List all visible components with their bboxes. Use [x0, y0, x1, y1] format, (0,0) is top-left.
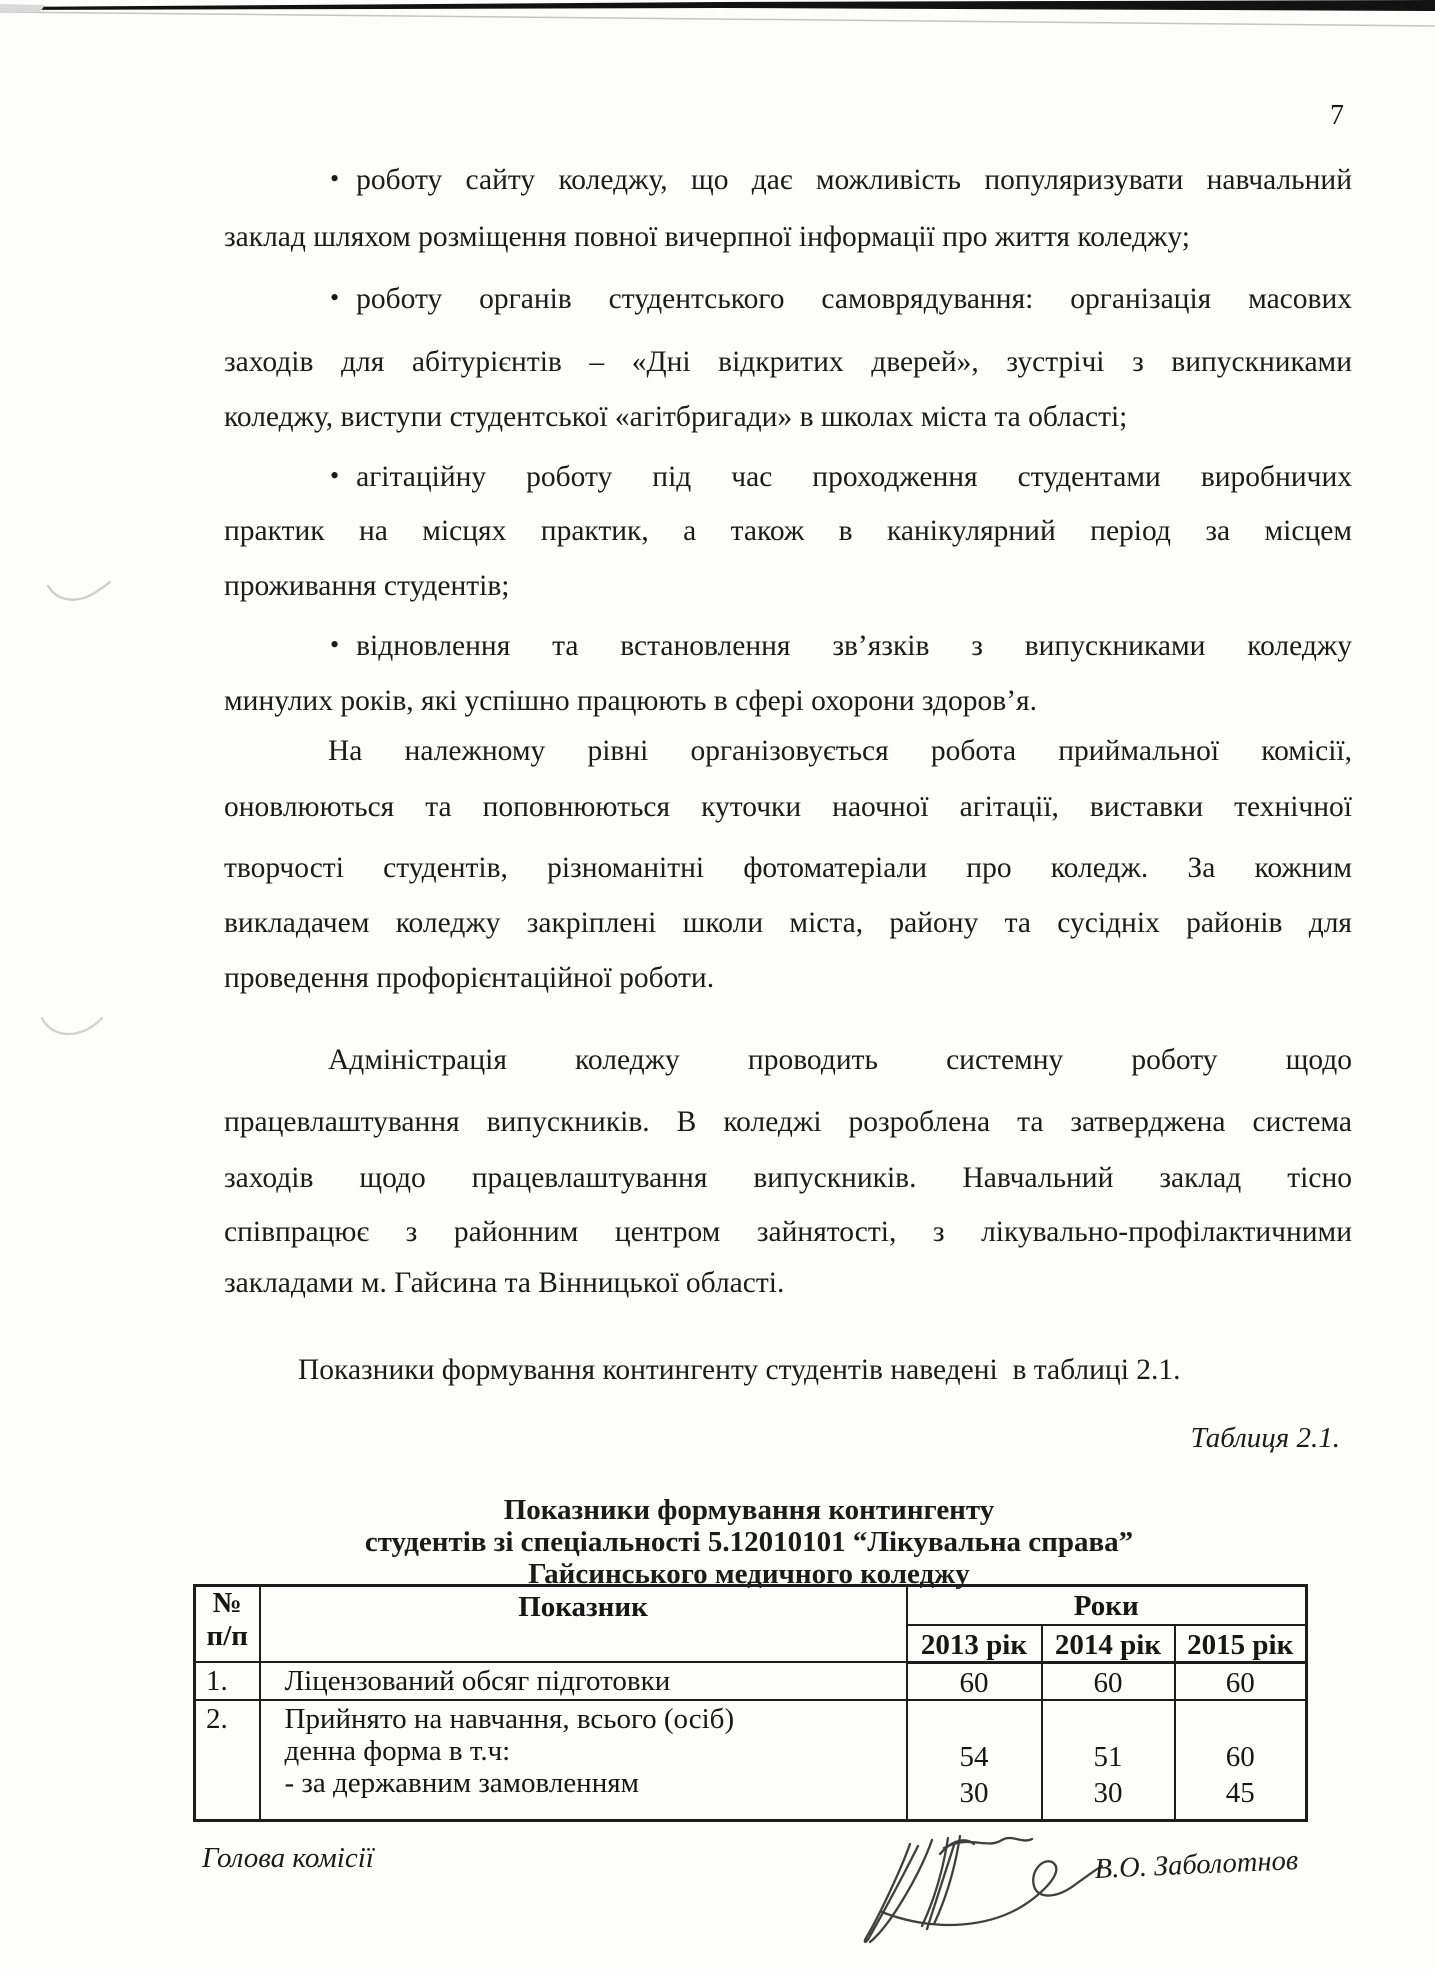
bullet-icon: •	[330, 280, 339, 316]
value-2015: 60 45	[1175, 1700, 1307, 1821]
table-row: 1. Ліцензований обсяг підготовки 60 60 6…	[195, 1662, 1307, 1700]
scan-edge-artifact	[0, 0, 1435, 40]
text-line: проведення профорієнтаційної роботи.	[224, 960, 1352, 996]
col-header-indicator: Показник	[260, 1586, 907, 1663]
text-line: Показники формування контингенту студент…	[224, 1352, 1352, 1388]
value-line: 60	[1176, 1739, 1306, 1775]
col-header-number-line2: п/п	[196, 1620, 259, 1653]
value-2014: 51 30	[1042, 1700, 1175, 1821]
text-line: роботу органів студентського самоврядува…	[356, 283, 1352, 315]
bullet-line: •роботу органів студентського самоврядув…	[224, 281, 1352, 318]
scanned-document-page: 7 •роботу сайту коледжу, що дає можливіс…	[0, 0, 1435, 1970]
text-line: оновлюються та поповнюються куточки наоч…	[224, 789, 1352, 825]
table-title: Показники формування контингенту	[193, 1494, 1305, 1526]
row-indicator: Прийнято на навчання, всього (осіб) денн…	[260, 1700, 907, 1821]
bullet-line: •відновлення та встановлення зв’язків з …	[224, 628, 1352, 665]
text-line: співпрацює з районним центром зайнятості…	[224, 1214, 1352, 1250]
indicators-table: № п/п Показник Роки 2013 рік 2014 рік 20…	[193, 1584, 1308, 1822]
row-number: 1.	[195, 1662, 260, 1700]
margin-smudge	[44, 572, 114, 612]
row-indicator: Ліцензований обсяг підготовки	[260, 1662, 907, 1700]
text-line: творчості студентів, різноманітні фотома…	[224, 850, 1352, 886]
text-line: агітаційну роботу під час проходження ст…	[356, 461, 1352, 493]
table-caption: Таблиця 2.1.	[224, 1422, 1340, 1455]
text-line: проживання студентів;	[224, 568, 1352, 604]
row-indicator-line: Прийнято на навчання, всього (осіб)	[285, 1703, 906, 1735]
signature-name: В.О. Заболотнов	[1094, 1845, 1299, 1886]
value-2013: 60	[907, 1662, 1042, 1700]
text-line: закладами м. Гайсина та Вінницької облас…	[224, 1265, 1352, 1301]
bullet-icon: •	[330, 458, 339, 494]
value-line: 30	[908, 1775, 1041, 1811]
row-number: 2.	[195, 1700, 260, 1821]
text-line: відновлення та встановлення зв’язків з в…	[356, 630, 1352, 662]
row-indicator-line: - за державним замовленням	[285, 1767, 906, 1799]
table-row: 2. Прийнято на навчання, всього (осіб) д…	[195, 1700, 1307, 1821]
signature-scribble	[852, 1832, 1122, 1947]
col-header-number: № п/п	[195, 1586, 260, 1663]
col-header-years-group: Роки	[907, 1586, 1307, 1625]
text-line: викладачем коледжу закріплені школи міст…	[224, 905, 1352, 941]
value-line: 51	[1043, 1739, 1174, 1775]
value-2014: 60	[1042, 1662, 1175, 1700]
text-line: заходів для абітурієнтів – «Дні відкрити…	[224, 344, 1352, 380]
text-line: Адміністрація коледжу проводить системну…	[224, 1042, 1352, 1078]
value-line: 54	[908, 1739, 1041, 1775]
text-line: практик на місцях практик, а також в кан…	[224, 513, 1352, 549]
text-line: коледжу, виступи студентської «агітбрига…	[224, 399, 1352, 435]
bullet-line: •агітаційну роботу під час проходження с…	[224, 459, 1352, 496]
value-line: 30	[1043, 1775, 1174, 1811]
text-line: минулих років, які успішно працюють в сф…	[224, 683, 1352, 719]
value-2015: 60	[1175, 1662, 1307, 1700]
bullet-line: •роботу сайту коледжу, що дає можливість…	[224, 162, 1352, 199]
col-header-2013: 2013 рік	[907, 1625, 1042, 1663]
table-title: студентів зі спеціальності 5.12010101 “Л…	[193, 1526, 1305, 1558]
page-number: 7	[1330, 100, 1344, 132]
value-line: 45	[1176, 1775, 1306, 1811]
text-line: На належному рівні організовується робот…	[224, 733, 1352, 769]
bullet-icon: •	[330, 161, 339, 197]
col-header-number-line1: №	[196, 1587, 259, 1620]
margin-smudge	[38, 1006, 108, 1046]
text-line: роботу сайту коледжу, що дає можливість …	[356, 164, 1352, 196]
chairman-label: Голова комісії	[202, 1842, 374, 1875]
col-header-2015: 2015 рік	[1175, 1625, 1307, 1663]
value-2013: 54 30	[907, 1700, 1042, 1821]
text-line: заклад шляхом розміщення повної вичерпно…	[224, 219, 1352, 255]
col-header-2014: 2014 рік	[1042, 1625, 1175, 1663]
row-indicator-line: денна форма в т.ч:	[285, 1735, 906, 1767]
text-line: працевлаштування випускників. В коледжі …	[224, 1104, 1352, 1140]
text-line: заходів щодо працевлаштування випускникі…	[224, 1160, 1352, 1196]
bullet-icon: •	[330, 627, 339, 663]
